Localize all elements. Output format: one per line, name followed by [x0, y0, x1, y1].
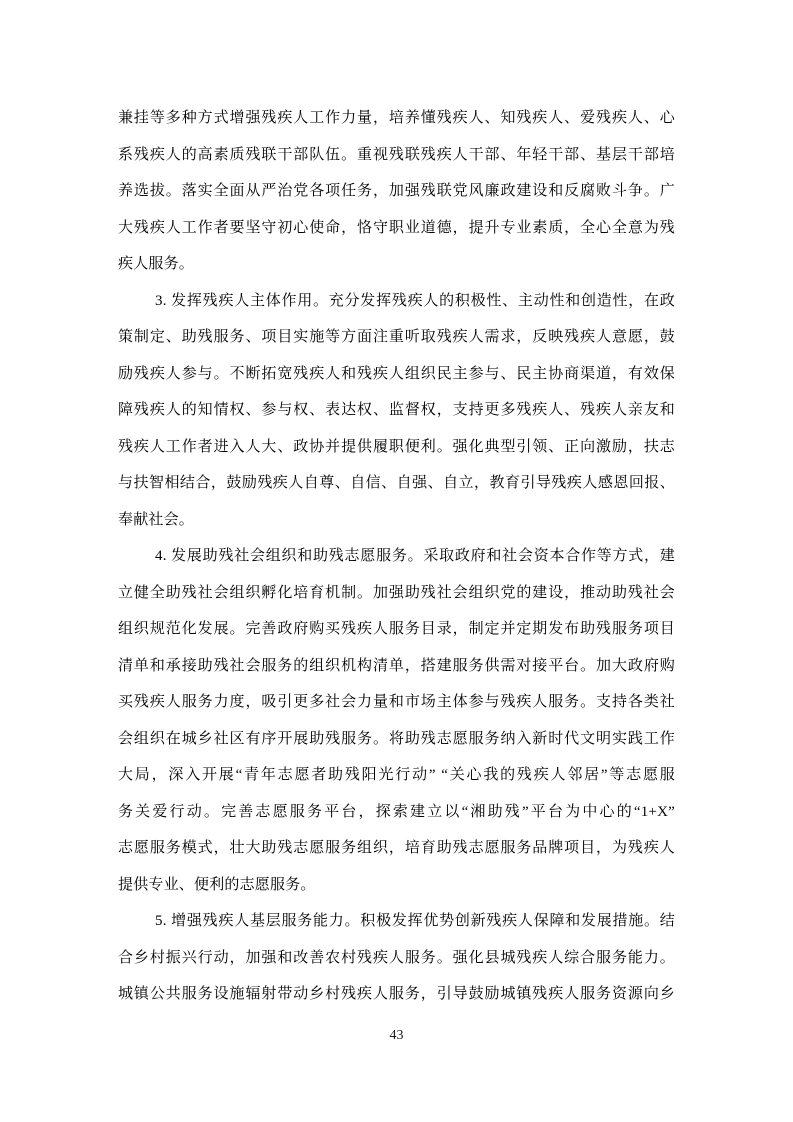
item-4-paragraph: 4. 发展助残社会组织和助残志愿服务。采取政府和社会资本合作等方式，建立健全助残…	[118, 538, 675, 903]
text-line: 立健全助残社会组织孵化培育机制。加强助残社会组织党的建设，推动助残社会	[118, 575, 675, 612]
text-line: 大局，深入开展“青年志愿者助残阳光行动” “关心我的残疾人邻居”等志愿服	[118, 757, 675, 794]
text-line: 会组织在城乡社区有序开展助残服务。将助残志愿服务纳入新时代文明实践工作	[118, 721, 675, 758]
text-line: 5. 增强残疾人基层服务能力。积极发挥优势创新残疾人保障和发展措施。结	[118, 903, 675, 940]
text-line: 养选拔。落实全面从严治党各项任务，加强残联党风廉政建设和反腐败斗争。广	[118, 173, 675, 210]
text-line: 清单和承接助残社会服务的组织机构清单，搭建服务供需对接平台。加大政府购	[118, 648, 675, 685]
text-line: 务关爱行动。完善志愿服务平台，探索建立以“湘助残”平台为中心的“1+X”	[118, 794, 675, 831]
text-line: 励残疾人参与。不断拓宽残疾人和残疾人组织民主参与、民主协商渠道，有效保	[118, 356, 675, 393]
text-line: 城镇公共服务设施辐射带动乡村残疾人服务，引导鼓励城镇残疾人服务资源向乡	[118, 976, 675, 1013]
item-3-paragraph: 3. 发挥残疾人主体作用。充分发挥残疾人的积极性、主动性和创造性，在政策制定、助…	[118, 283, 675, 539]
item-5-paragraph: 5. 增强残疾人基层服务能力。积极发挥优势创新残疾人保障和发展措施。结合乡村振兴…	[118, 903, 675, 1013]
text-line: 组织规范化发展。完善政府购买残疾人服务目录，制定并定期发布助残服务项目	[118, 611, 675, 648]
text-line: 买残疾人服务力度，吸引更多社会力量和市场主体参与残疾人服务。支持各类社	[118, 684, 675, 721]
document-page: 兼挂等多种方式增强残疾人工作力量，培养懂残疾人、知残疾人、爱残疾人、心系残疾人的…	[0, 0, 793, 1122]
text-line: 3. 发挥残疾人主体作用。充分发挥残疾人的积极性、主动性和创造性，在政	[118, 283, 675, 320]
continuation-paragraph: 兼挂等多种方式增强残疾人工作力量，培养懂残疾人、知残疾人、爱残疾人、心系残疾人的…	[118, 100, 675, 283]
text-line: 疾人服务。	[118, 246, 675, 283]
text-line: 提供专业、便利的志愿服务。	[118, 867, 675, 904]
text-line: 大残疾人工作者要坚守初心使命，恪守职业道德，提升专业素质，全心全意为残	[118, 210, 675, 247]
page-footer: 43	[0, 1026, 793, 1044]
text-line: 志愿服务模式，壮大助残志愿服务组织，培育助残志愿服务品牌项目，为残疾人	[118, 830, 675, 867]
page-number: 43	[390, 1028, 404, 1043]
text-line: 合乡村振兴行动，加强和改善农村残疾人服务。强化县城残疾人综合服务能力。	[118, 940, 675, 977]
text-line: 4. 发展助残社会组织和助残志愿服务。采取政府和社会资本合作等方式，建	[118, 538, 675, 575]
document-body: 兼挂等多种方式增强残疾人工作力量，培养懂残疾人、知残疾人、爱残疾人、心系残疾人的…	[118, 100, 675, 1013]
text-line: 障残疾人的知情权、参与权、表达权、监督权，支持更多残疾人、残疾人亲友和	[118, 392, 675, 429]
text-line: 兼挂等多种方式增强残疾人工作力量，培养懂残疾人、知残疾人、爱残疾人、心	[118, 100, 675, 137]
text-line: 残疾人工作者进入人大、政协并提供履职便利。强化典型引领、正向激励，扶志	[118, 429, 675, 466]
text-line: 策制定、助残服务、项目实施等方面注重听取残疾人需求，反映残疾人意愿，鼓	[118, 319, 675, 356]
text-line: 奉献社会。	[118, 502, 675, 539]
text-line: 与扶智相结合，鼓励残疾人自尊、自信、自强、自立，教育引导残疾人感恩回报、	[118, 465, 675, 502]
text-line: 系残疾人的高素质残联干部队伍。重视残联残疾人干部、年轻干部、基层干部培	[118, 137, 675, 174]
